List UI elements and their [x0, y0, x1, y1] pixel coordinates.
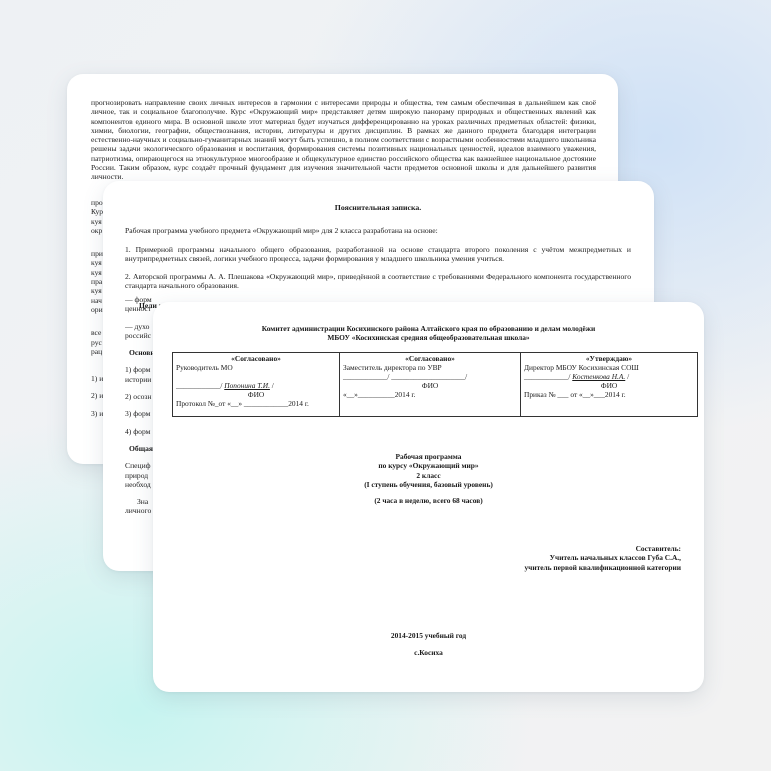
- grade: 2 класс: [153, 471, 704, 480]
- program-title: Рабочая программа: [153, 452, 704, 461]
- note-intro: Рабочая программа учебного предмета «Окр…: [125, 226, 631, 235]
- signature-name: Попонина Т.И.: [224, 381, 270, 390]
- fio-label: ФИО: [524, 381, 694, 390]
- committee-name: Комитет администрации Косихинского район…: [153, 324, 704, 333]
- approval-role: Руководитель МО: [176, 363, 336, 372]
- school-name: МБОУ «Косихинская средняя общеобразовате…: [153, 333, 704, 342]
- author-label: Составитель:: [524, 544, 681, 553]
- approval-heading: «Согласовано»: [176, 354, 336, 363]
- back-page-paragraph: прогнозировать направление своих личных …: [91, 98, 596, 182]
- signature-line: ____________/ ____________________/: [343, 372, 517, 381]
- signature-line: ____________/ Попонина Т.И. /: [176, 381, 336, 390]
- approval-table: «Согласовано» Руководитель МО __________…: [172, 352, 698, 417]
- signature-name: Костенкова Н.А.: [572, 372, 625, 381]
- level: (I ступень обучения, базовый уровень): [153, 480, 704, 489]
- approval-col-director: «Утверждаю» Директор МБОУ Косихинская СО…: [521, 353, 697, 416]
- course-name: по курсу «Окружающий мир»: [153, 461, 704, 470]
- title-page-footer: 2014-2015 учебный год с.Косиха: [153, 631, 704, 657]
- date-line: «__»__________2014 г.: [343, 390, 517, 399]
- order-line: Приказ № ___ от «__»___2014 г.: [524, 390, 694, 399]
- protocol-line: Протокол №_от «__» ____________2014 г.: [176, 399, 336, 408]
- approval-role: Директор МБОУ Косихинская СОШ: [524, 363, 694, 372]
- program-title-block: Рабочая программа по курсу «Окружающий м…: [153, 452, 704, 505]
- approval-col-mo: «Согласовано» Руководитель МО __________…: [173, 353, 340, 416]
- approval-role: Заместитель директора по УВР: [343, 363, 517, 372]
- academic-year: 2014-2015 учебный год: [153, 631, 704, 640]
- document-page-front: Комитет администрации Косихинского район…: [153, 302, 704, 692]
- fio-label: ФИО: [343, 381, 517, 390]
- approval-heading: «Утверждаю»: [524, 354, 694, 363]
- place: с.Косиха: [153, 648, 704, 657]
- approval-heading: «Согласовано»: [343, 354, 517, 363]
- signature-line: ____________/ Костенкова Н.А. /: [524, 372, 694, 381]
- author-block: Составитель: Учитель начальных классов Г…: [524, 544, 681, 572]
- author-name: Учитель начальных классов Губа С.А.,: [524, 553, 681, 562]
- author-category: учитель первой квалификационной категори…: [524, 563, 681, 572]
- approval-col-deputy: «Согласовано» Заместитель директора по У…: [340, 353, 521, 416]
- title-page-header: Комитет администрации Косихинского район…: [153, 324, 704, 342]
- note-point-1: 1. Примерной программы начального общего…: [125, 245, 631, 264]
- fio-label: ФИО: [176, 390, 336, 399]
- note-point-2: 2. Авторской программы А. А. Плешакова «…: [125, 272, 631, 291]
- paragraph-text: прогнозировать направление своих личных …: [91, 98, 596, 182]
- hours: (2 часа в неделю, всего 68 часов): [153, 496, 704, 505]
- note-title: Пояснительная записка.: [125, 203, 631, 212]
